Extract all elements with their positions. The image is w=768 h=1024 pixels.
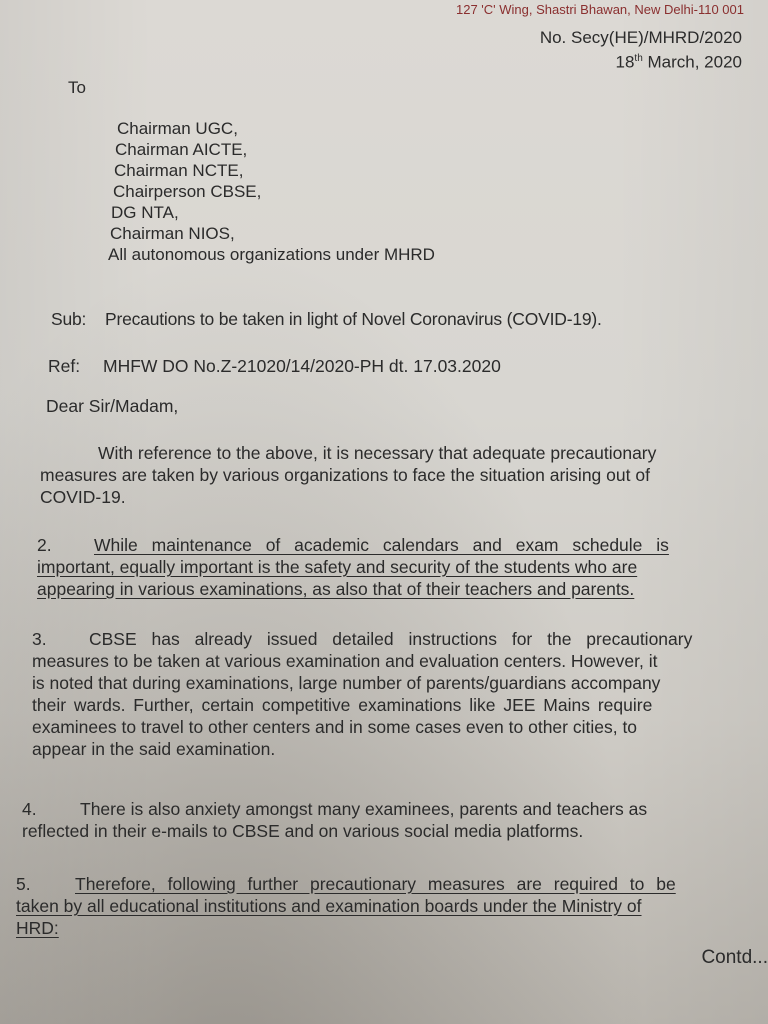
- paragraph-line: Therefore, following further precautiona…: [75, 874, 676, 894]
- paragraph-1: With reference to the above, it is neces…: [40, 442, 768, 508]
- paragraph-line: taken by all educational institutions an…: [16, 895, 768, 917]
- paragraph-line: important, equally important is the safe…: [37, 556, 768, 578]
- ref-label: Ref:: [48, 356, 103, 377]
- ref-text: MHFW DO No.Z-21020/14/2020-PH dt. 17.03.…: [103, 356, 501, 376]
- paragraph-line: While maintenance of academic calendars …: [94, 535, 669, 555]
- paragraph-number: 5.: [16, 873, 75, 895]
- addressee: Chairman AICTE,: [115, 139, 435, 160]
- paragraph-line: With reference to the above, it is neces…: [40, 442, 768, 464]
- paragraph-line: COVID-19.: [40, 486, 768, 508]
- continued-marker: Contd...: [701, 947, 768, 969]
- paragraph-number: 4.: [22, 798, 80, 820]
- reference-number: No. Secy(HE)/MHRD/2020: [540, 27, 742, 48]
- paragraph-line: measures are taken by various organizati…: [40, 464, 768, 486]
- paragraph-line: examinees to travel to other centers and…: [32, 716, 768, 738]
- paragraph-line: CBSE has already issued detailed instruc…: [89, 629, 692, 649]
- paragraph-line: is noted that during examinations, large…: [32, 672, 768, 694]
- paragraph-line: appearing in various examinations, as al…: [37, 578, 768, 600]
- to-label: To: [68, 78, 86, 98]
- addressee: Chairperson CBSE,: [113, 181, 435, 202]
- paragraph-2: 2.While maintenance of academic calendar…: [37, 534, 768, 600]
- subject-text: Precautions to be taken in light of Nove…: [105, 309, 602, 329]
- addressee: Chairman NCTE,: [114, 160, 435, 181]
- salutation: Dear Sir/Madam,: [46, 396, 178, 417]
- addressee: Chairman UGC,: [117, 118, 435, 139]
- addressee: DG NTA,: [111, 202, 435, 223]
- paragraph-4: 4.There is also anxiety amongst many exa…: [22, 798, 768, 842]
- paragraph-line: HRD:: [16, 917, 768, 939]
- paragraph-line: their wards. Further, certain competitiv…: [32, 694, 768, 716]
- letterhead-address: 127 'C' Wing, Shastri Bhawan, New Delhi-…: [456, 2, 744, 17]
- paragraph-number: 3.: [32, 628, 89, 650]
- letter-date: 18th March, 2020: [540, 48, 742, 73]
- reference-block: No. Secy(HE)/MHRD/2020 18th March, 2020: [540, 27, 742, 73]
- addressee: All autonomous organizations under MHRD: [108, 244, 435, 265]
- reference-line: Ref:MHFW DO No.Z-21020/14/2020-PH dt. 17…: [48, 356, 501, 377]
- paragraph-3: 3.CBSE has already issued detailed instr…: [32, 628, 768, 760]
- addressee: Chairman NIOS,: [110, 223, 435, 244]
- paragraph-line: appear in the said examination.: [32, 738, 768, 760]
- addressee-list: Chairman UGC, Chairman AICTE, Chairman N…: [108, 118, 435, 265]
- paragraph-number: 2.: [37, 534, 94, 556]
- paragraph-line: measures to be taken at various examinat…: [32, 650, 768, 672]
- paragraph-line: reflected in their e-mails to CBSE and o…: [22, 820, 768, 842]
- subject-label: Sub:: [51, 309, 105, 330]
- paragraph-5: 5.Therefore, following further precautio…: [16, 873, 768, 939]
- subject-line: Sub:Precautions to be taken in light of …: [51, 309, 602, 330]
- paragraph-line: There is also anxiety amongst many exami…: [80, 799, 647, 819]
